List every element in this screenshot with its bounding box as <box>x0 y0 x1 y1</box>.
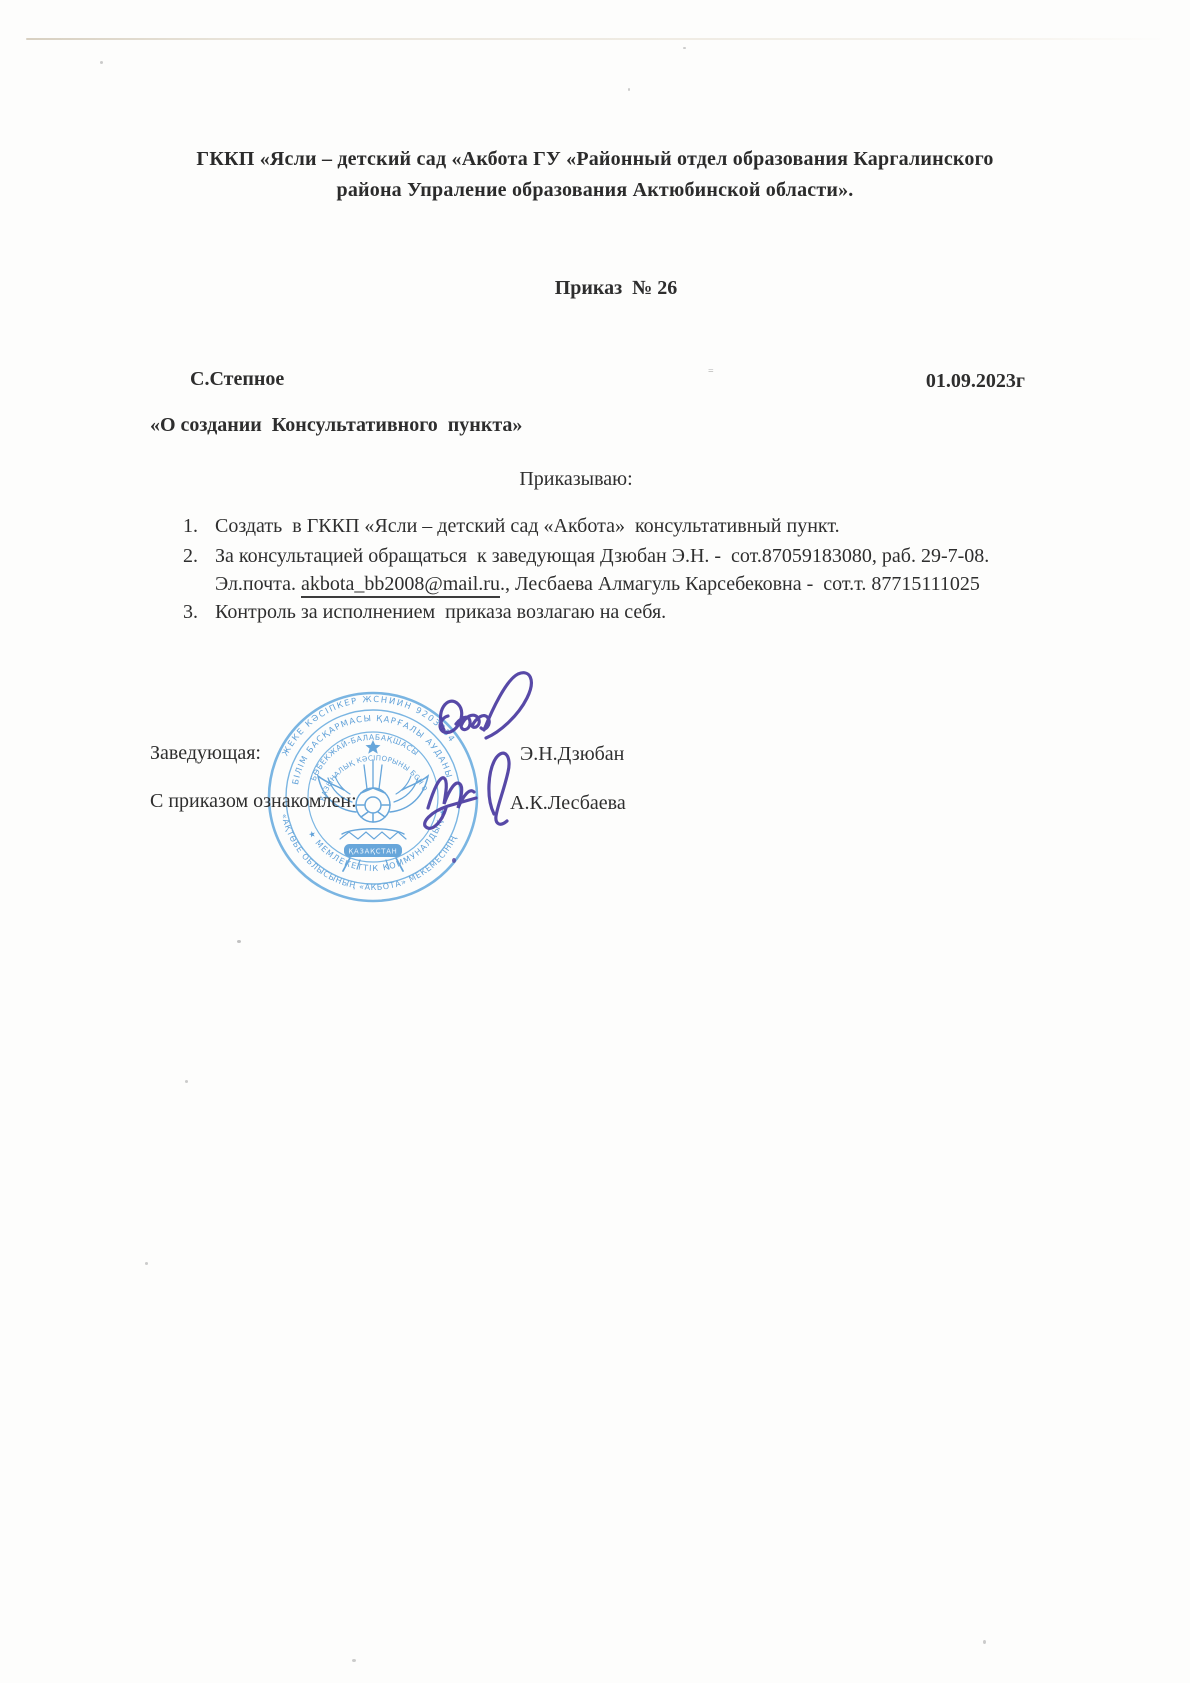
list-item-1-text: Создать в ГККП «Ясли – детский сад «Акбо… <box>215 513 1035 540</box>
scan-speck <box>100 61 103 64</box>
signature-role-director: Заведующая: <box>150 740 261 767</box>
list-item-1-number: 1. <box>183 513 198 540</box>
signature-name-director: Э.Н.Дзюбан <box>520 741 624 768</box>
document-header-line2: района Упраление образования Актюбинской… <box>0 177 1190 204</box>
contact-suffix: ., Лесбаева Алмагуль Карсебековна - сот.… <box>500 573 980 595</box>
scan-artifact-mark: = <box>708 366 717 371</box>
scan-artifact-line <box>26 38 1166 40</box>
scan-speck <box>983 1640 986 1644</box>
email-address: akbota_bb2008@mail.ru <box>301 573 500 598</box>
signature-name-acknowledged: А.К.Лесбаева <box>510 790 626 817</box>
document-header-line1: ГККП «Ясли – детский сад «Акбота ГУ «Рай… <box>0 146 1190 173</box>
scan-speck <box>145 1262 148 1265</box>
scan-speck <box>628 88 630 91</box>
list-item-2-text-line2: Эл.почта. akbota_bb2008@mail.ru., Лесбае… <box>215 571 1035 598</box>
scanned-order-document: = ГККП «Ясли – детский сад «Акбота ГУ «Р… <box>0 0 1190 1683</box>
order-date: 01.09.2023г <box>926 368 1025 395</box>
scan-speck <box>683 47 686 49</box>
scan-speck <box>352 1659 356 1662</box>
list-item-3-text: Контроль за исполнением приказа возлагаю… <box>215 599 1035 626</box>
scan-speck <box>237 940 241 943</box>
list-item-2-text-line1: За консультацией обращаться к заведующая… <box>215 543 1035 570</box>
order-place: С.Степное <box>190 366 284 393</box>
scan-speck <box>185 1080 188 1083</box>
list-item-2-number: 2. <box>183 543 198 570</box>
resolution-heading: Приказываю: <box>0 466 1190 493</box>
list-item-3-number: 3. <box>183 599 198 626</box>
order-subject: «О создании Консультативного пункта» <box>150 412 522 439</box>
signature-ink-dot <box>452 858 456 863</box>
email-label: Эл.почта. <box>215 573 301 595</box>
order-number-title: Приказ № 26 <box>0 275 1190 302</box>
signature-role-acknowledged: С приказом ознакомлен: <box>150 788 357 815</box>
emblem-banner-text: ҚАЗАҚСТАН <box>348 848 397 856</box>
